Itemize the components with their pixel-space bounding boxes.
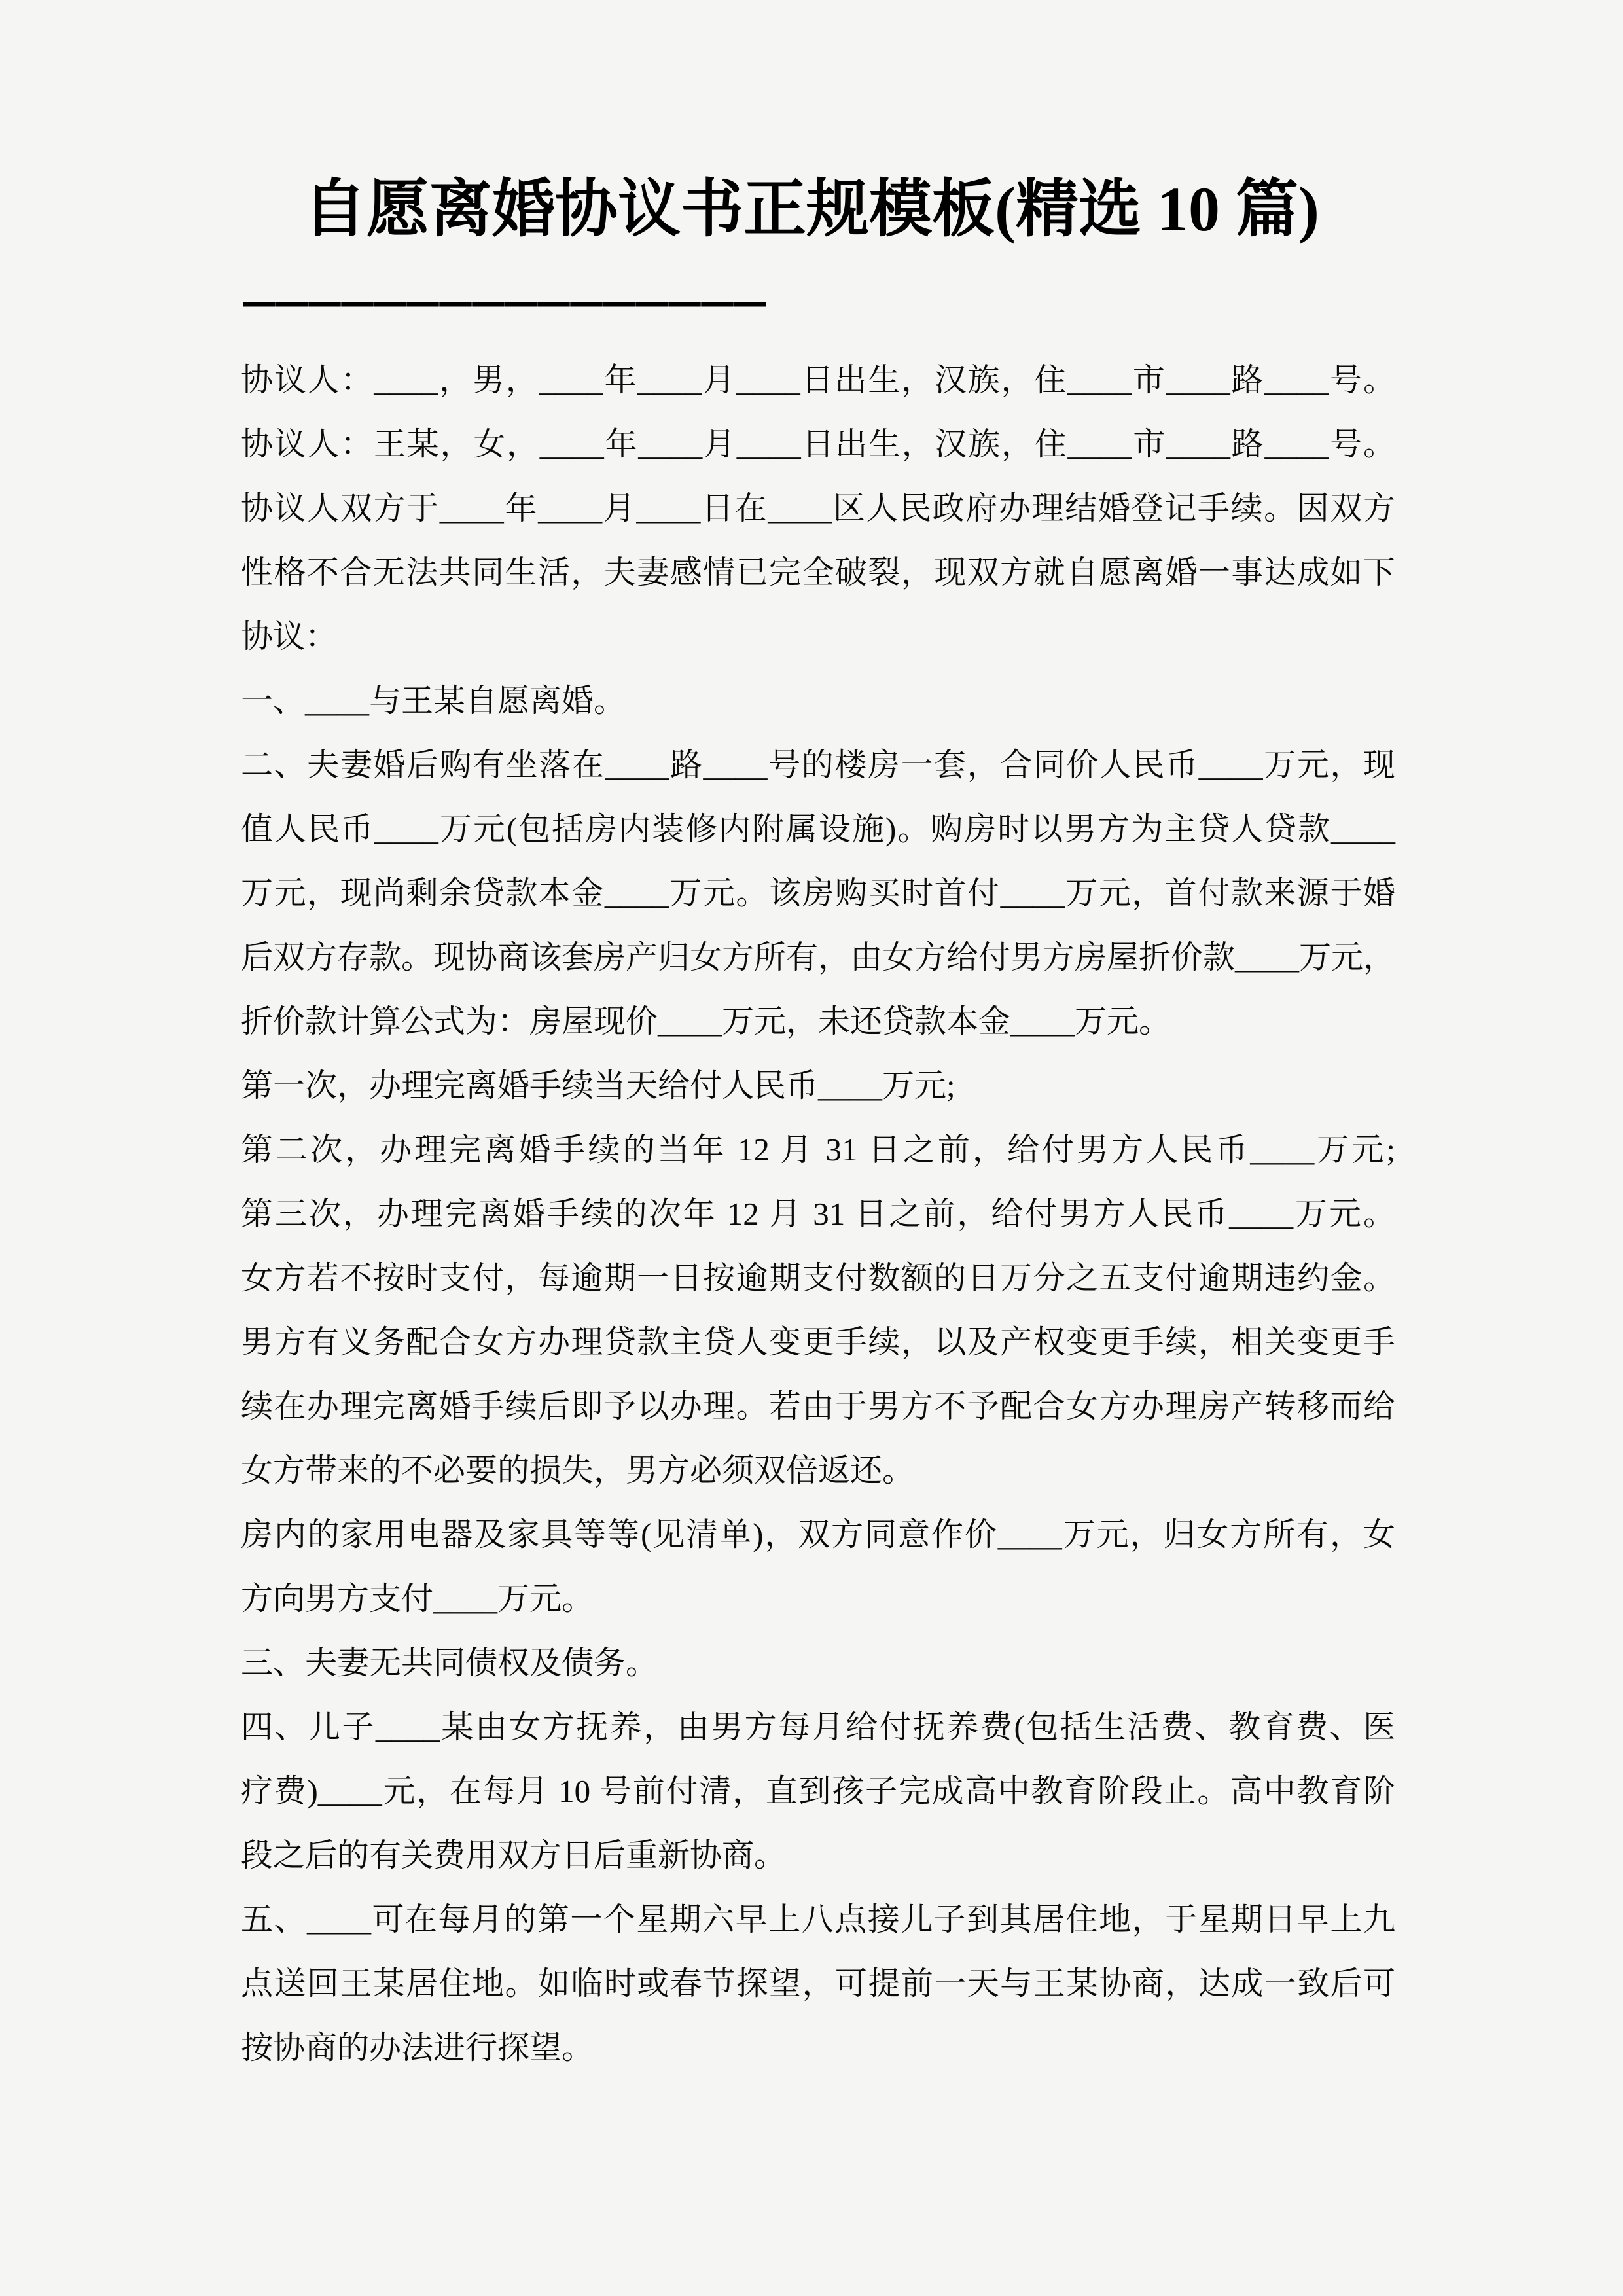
document-line: 协议人：王某，女，____年____月____日出生，汉族，住____市____…	[241, 412, 1395, 476]
document-line: 女方带来的不必要的损失，男方必须双倍返还。	[241, 1439, 1395, 1503]
document-line: 协议人双方于____年____月____日在____区人民政府办理结婚登记手续。…	[241, 476, 1395, 541]
document-line: 性格不合无法共同生活，夫妻感情已完全破裂，现双方就自愿离婚一事达成如下	[241, 541, 1395, 605]
document-line: 五、____可在每月的第一个星期六早上八点接儿子到其居住地，于星期日早上九	[241, 1888, 1395, 1952]
document-line: 女方若不按时支付，每逾期一日按逾期支付数额的日万分之五支付逾期违约金。	[241, 1246, 1395, 1310]
document-page: 自愿离婚协议书正规模板(精选 10 篇) ________________ 协议…	[0, 0, 1623, 2296]
document-line: 段之后的有关费用双方日后重新协商。	[241, 1823, 1395, 1888]
document-line: 后双方存款。现协商该套房产归女方所有，由女方给付男方房屋折价款____万元，	[241, 925, 1395, 990]
document-line: 万元，现尚剩余贷款本金____万元。该房购买时首付____万元，首付款来源于婚	[241, 861, 1395, 925]
document-line: 第三次，办理完离婚手续的次年 12 月 31 日之前，给付男方人民币____万元…	[241, 1182, 1395, 1246]
document-line: 第二次，办理完离婚手续的当年 12 月 31 日之前，给付男方人民币____万元…	[241, 1118, 1395, 1182]
document-line: 协议：	[241, 605, 1395, 669]
document-line: 协议人：____，男，____年____月____日出生，汉族，住____市__…	[241, 348, 1395, 412]
document-line: 第一次，办理完离婚手续当天给付人民币____万元;	[241, 1054, 1395, 1118]
document-line: 按协商的办法进行探望。	[241, 2016, 1395, 2080]
document-line: 疗费)____元，在每月 10 号前付清，直到孩子完成高中教育阶段止。高中教育阶	[241, 1759, 1395, 1823]
document-line: 一、____与王某自愿离婚。	[241, 669, 1395, 733]
document-line: 续在办理完离婚手续后即予以办理。若由于男方不予配合女方办理房产转移而给	[241, 1374, 1395, 1439]
document-line: 二、夫妻婚后购有坐落在____路____号的楼房一套，合同价人民币____万元，…	[241, 733, 1395, 797]
document-line: 折价款计算公式为：房屋现价____万元，未还贷款本金____万元。	[241, 990, 1395, 1054]
document-body: 协议人：____，男，____年____月____日出生，汉族，住____市__…	[241, 348, 1395, 2080]
document-line: 方向男方支付____万元。	[241, 1567, 1395, 1631]
separator-line: ________________	[243, 241, 767, 313]
document-line: 男方有义务配合女方办理贷款主贷人变更手续，以及产权变更手续，相关变更手	[241, 1310, 1395, 1374]
document-line: 点送回王某居住地。如临时或春节探望，可提前一天与王某协商，达成一致后可	[241, 1952, 1395, 2016]
document-line: 房内的家用电器及家具等等(见清单)，双方同意作价____万元，归女方所有，女	[241, 1503, 1395, 1567]
document-line: 四、儿子____某由女方抚养，由男方每月给付抚养费(包括生活费、教育费、医	[241, 1695, 1395, 1759]
document-line: 三、夫妻无共同债权及债务。	[241, 1631, 1395, 1695]
document-line: 值人民币____万元(包括房内装修内附属设施)。购房时以男方为主贷人贷款____	[241, 797, 1395, 861]
